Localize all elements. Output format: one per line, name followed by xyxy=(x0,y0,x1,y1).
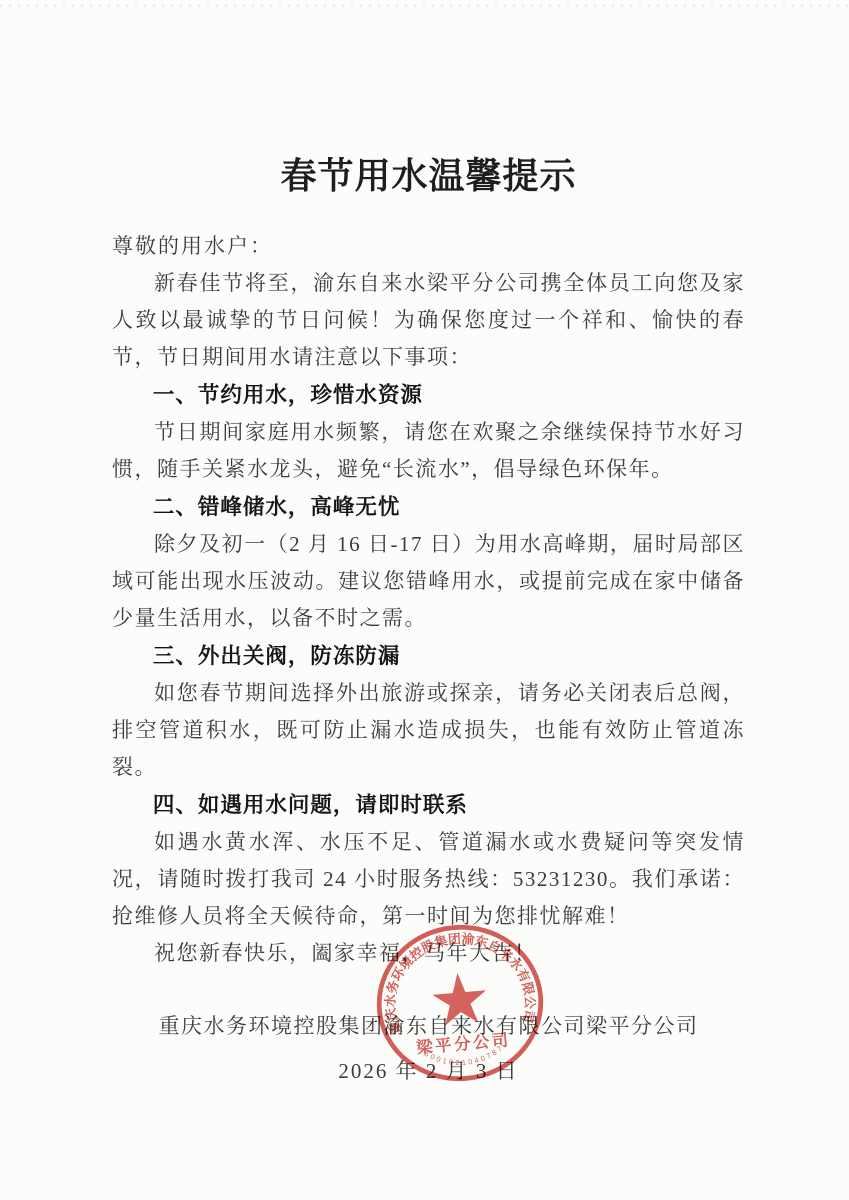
section-1-heading: 一、节约用水，珍惜水资源 xyxy=(112,376,745,414)
section-2-body: 除夕及初一（2 月 16 日-17 日）为用水高峰期，届时局部区域可能出现水压波… xyxy=(112,526,745,637)
closing-line: 祝您新春快乐，阖家幸福，马年大吉！ xyxy=(112,935,745,972)
date-line: 2026 年 2 月 3 日 xyxy=(112,1053,745,1090)
section-3-body: 如您春节期间选择外出旅游或探亲，请务必关闭表后总阀，排空管道积水，既可防止漏水造… xyxy=(112,675,745,786)
section-4-heading: 四、如遇用水问题，请即时联系 xyxy=(112,786,745,824)
signature-line: 重庆水务环境控股集团渝东自来水有限公司梁平分公司 xyxy=(112,1008,745,1045)
page-title: 春节用水温馨提示 xyxy=(112,150,745,202)
section-2-heading: 二、错峰储水，高峰无忧 xyxy=(112,488,745,526)
document-page: 春节用水温馨提示 尊敬的用水户： 新春佳节将至，渝东自来水梁平分公司携全体员工向… xyxy=(0,0,849,1200)
document-content: 春节用水温馨提示 尊敬的用水户： 新春佳节将至，渝东自来水梁平分公司携全体员工向… xyxy=(0,0,849,1090)
intro-paragraph: 新春佳节将至，渝东自来水梁平分公司携全体员工向您及家人致以最诚挚的节日问候！为确… xyxy=(112,265,745,376)
section-3-heading: 三、外出关阀，防冻防漏 xyxy=(112,637,745,675)
salutation: 尊敬的用水户： xyxy=(112,228,745,265)
section-1-body: 节日期间家庭用水频繁，请您在欢聚之余继续保持节水好习惯，随手关紧水龙头，避免“长… xyxy=(112,414,745,488)
section-4-body: 如遇水黄水浑、水压不足、管道漏水或水费疑问等突发情况，请随时拨打我司 24 小时… xyxy=(112,824,745,935)
